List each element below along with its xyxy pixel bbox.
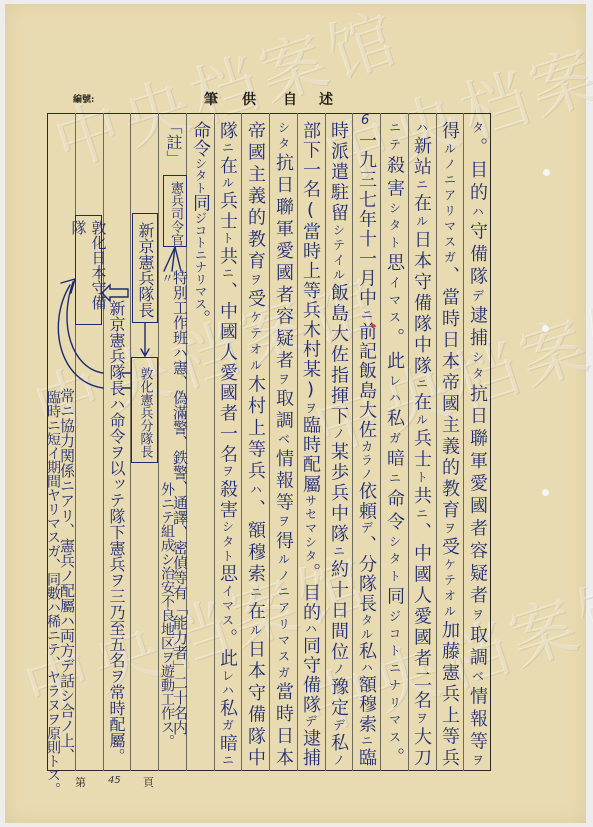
kana-glyph: ハ [107, 396, 126, 412]
kana-glyph: タ [387, 552, 401, 569]
kana-glyph: コ [387, 627, 401, 644]
kana-glyph: ジ [387, 610, 401, 627]
kana-glyph: ト [414, 471, 428, 486]
kana-glyph: イ [220, 585, 234, 600]
kana-glyph: ヲ [442, 522, 456, 538]
kana-glyph: リ [442, 204, 456, 220]
grid-column-divider [297, 113, 298, 771]
kana-glyph: ラ [359, 454, 373, 468]
kana-glyph: ノ [331, 754, 345, 766]
kana-glyph: ベ [470, 670, 484, 687]
kana-glyph: ニ [220, 754, 234, 766]
box-military-police-commander: 憲兵司令官 [163, 175, 187, 247]
kana-glyph: ッ [107, 476, 126, 492]
kana-glyph: ヲ [248, 273, 262, 289]
kana-glyph: ニ [359, 734, 373, 748]
grid-column-divider [103, 113, 104, 771]
kana-glyph: ノ [359, 468, 373, 482]
kana-glyph: リ [45, 502, 61, 516]
kana-glyph: シ [159, 552, 175, 566]
kana-glyph: デ [359, 521, 373, 535]
kana-glyph: ノ [331, 427, 345, 442]
kana-glyph: ト [387, 644, 401, 661]
kana-glyph: マ [276, 634, 290, 650]
kana-glyph: ヲ [414, 712, 428, 727]
kana-glyph: テ [107, 492, 126, 508]
grid-column-divider [463, 113, 464, 771]
kana-glyph: ニ [414, 507, 428, 522]
text-column: 命令シタト同ジコトニナリマス。 [189, 121, 211, 328]
kana-glyph: イ [45, 446, 61, 460]
kana-glyph: ハ [220, 684, 234, 699]
kana-glyph: デ [470, 289, 484, 306]
kana-glyph: ス [193, 298, 207, 310]
kana-glyph: オ [442, 589, 456, 605]
kana-glyph: リ [276, 618, 290, 634]
kana-glyph: シ [470, 351, 484, 368]
kana-glyph: ト [45, 754, 61, 768]
kana-glyph: タ [193, 169, 207, 181]
text-column: シタ抗日聯軍愛國者容疑者ヲ取調ベ情報等ヲ得ルノニアリマスガ當時日本 [272, 121, 294, 766]
page-suffix: 頁 [143, 774, 154, 790]
text-column: 一九三七年十一月中ニ前記飯島大佐カラノ依頼デ、分隊長タル私ハ額穆索ニ臨 [355, 131, 377, 766]
kana-glyph: ノ [331, 663, 345, 678]
kana-glyph: カ [359, 440, 373, 454]
punch-hole [542, 325, 549, 332]
cooperation-note-continued: 臨時ニ短イ期間ヤリマスガ、同數ハ稀ニテ、ヤラヌヲ原則トス。 [46, 390, 59, 796]
kana-glyph: ニ [248, 586, 262, 602]
page-number: 45 [108, 775, 121, 786]
kana-glyph: マ [220, 599, 234, 614]
kana-glyph: ニ [193, 249, 207, 261]
kana-glyph: シ [331, 224, 345, 239]
kana-glyph: ト [193, 182, 207, 194]
kana-glyph: ガ [276, 666, 290, 682]
kana-glyph: ス [387, 731, 401, 748]
kana-glyph: タ [470, 121, 484, 138]
kana-glyph: ニ [414, 178, 428, 193]
kana-glyph: ル [414, 215, 428, 230]
kana-glyph: タ [470, 367, 484, 384]
kana-glyph: ト [387, 236, 401, 253]
kana-glyph: ハ [171, 345, 189, 360]
grid-column-divider [269, 113, 270, 771]
kana-glyph: レ [220, 669, 234, 684]
grid-column-divider [241, 113, 242, 771]
kana-glyph: ス [387, 311, 401, 328]
kana-glyph: ニ [220, 141, 234, 156]
kana-glyph: ニ [387, 121, 401, 138]
kana-glyph: ケ [442, 558, 456, 574]
kana-glyph: ス [276, 650, 290, 666]
kana-glyph: ス [45, 768, 61, 782]
kana-glyph: ヲ [276, 515, 290, 531]
kana-glyph: ヲ [470, 754, 484, 766]
grid-column-divider [408, 113, 409, 771]
red-pencil-mark [371, 324, 375, 328]
box-dunhua-mp-detachment-chief: 敦化憲兵分隊長 [131, 357, 158, 463]
kana-glyph: ニ [45, 628, 61, 642]
kana-glyph: ル [248, 624, 262, 640]
kana-glyph: シ [387, 535, 401, 552]
kana-glyph: ス [442, 235, 456, 251]
kana-glyph: マ [387, 713, 401, 730]
kana-glyph: ケ [248, 311, 262, 327]
kana-glyph: ニ [387, 662, 401, 679]
kana-glyph: ハ [359, 661, 373, 675]
kana-glyph: ア [276, 601, 290, 617]
kana-glyph: ヲ [107, 444, 126, 460]
kana-glyph: ル [220, 176, 234, 191]
kana-glyph: ナ [387, 679, 401, 696]
grid-column-divider [436, 113, 437, 771]
text-column: 部下一名(當時上等兵木村某)ヲ臨時配屬サセマシタ。目的ハ同守備隊デ逮捕 [299, 121, 321, 766]
kana-glyph: タ [303, 550, 317, 564]
box-xinjing-mp-chief: 新京憲兵隊長 [132, 213, 158, 323]
kana-glyph: コ [193, 224, 207, 236]
kana-glyph: ル [359, 628, 373, 642]
text-column: 隊ニ在ル兵士ト共ニ、中國人愛國者一名ヲ殺害シタト思イマス。此レハ私ガ暗ニ [216, 121, 238, 766]
kana-glyph: ヲ [470, 608, 484, 625]
kana-glyph: ナ [193, 261, 207, 273]
kana-glyph: シ [303, 536, 317, 550]
kana-glyph: テ [45, 642, 61, 656]
page-prefix: 第 [75, 774, 86, 790]
kana-glyph: ニ [359, 308, 373, 322]
kana-glyph: ハ [387, 391, 401, 408]
kana-glyph: ト [220, 232, 234, 247]
special-unit-note-continued: 外ニテ組成シ治安不良地区ヲ遊動工作ス。 [160, 482, 174, 748]
text-column: 得ルノニアリマスガ、當時日本帝國主義的教育ヲ受ケテオル加藤憲兵上等兵 [438, 121, 460, 766]
kana-glyph: ト [220, 550, 234, 565]
kana-glyph: デ [331, 719, 345, 734]
kana-glyph: ハ [303, 622, 317, 636]
document-number-label: 編號: [73, 92, 94, 105]
kana-glyph: タ [276, 137, 290, 153]
kana-glyph: ヤ [45, 488, 61, 502]
kana-glyph: レ [387, 374, 401, 391]
text-column: 時派遣駐留シテイル飯島大佐指揮下ノ某歩兵中隊ニ約十日間位ノ豫定デ私ノ [327, 121, 349, 766]
text-column: 帝國主義的教育ヲ受ケテオル木村上等兵ハ、額穆索ニ在ル日本守備隊中 [244, 121, 266, 766]
kana-glyph: リ [387, 696, 401, 713]
paragraph-number: 6 [361, 113, 369, 128]
title-char: 供 [242, 89, 256, 109]
box-dunhua-japanese-garrison: 敦化日本守備隊 [75, 215, 102, 325]
kana-glyph: ニ [331, 545, 345, 560]
kana-glyph: タ [220, 535, 234, 550]
kana-glyph: ヲ [303, 400, 317, 415]
note-label: 「註」 [163, 118, 183, 166]
grid-column-divider [325, 113, 326, 771]
kana-glyph: ニ [220, 267, 234, 282]
text-column: ハ新站ニ在ル日本守備隊中隊ニ在ル兵士ト共ニ、中國人愛國者二名ヲ大刀 [410, 121, 432, 766]
kana-glyph: ニ [387, 472, 401, 489]
kana-glyph: サ [303, 494, 317, 508]
assignment-note: 新京憲兵隊長ハ命令ヲ以ッテ隊下憲兵ヲ三乃至五名ヲ常時配屬。 [107, 300, 125, 764]
kana-glyph: ス [220, 614, 234, 629]
kana-glyph: テ [331, 239, 345, 254]
kana-glyph: ハ [45, 600, 61, 614]
kana-glyph: ラ [45, 684, 61, 698]
kana-glyph: ヲ [107, 668, 126, 684]
kana-glyph: ヌ [45, 698, 61, 712]
kana-glyph: ヲ [159, 650, 175, 664]
grid-column-divider [214, 113, 215, 771]
kana-glyph: シ [387, 202, 401, 219]
kana-glyph: ト [387, 570, 401, 587]
kana-glyph: デ [303, 715, 317, 729]
punch-hole [542, 489, 549, 496]
kana-glyph: ル [414, 413, 428, 428]
kana-glyph: テ [387, 138, 401, 155]
title-char: 筆 [204, 89, 218, 109]
text-column: タ。目的ハ守備隊デ逮捕シタ抗日聯軍愛國者容疑者ヲ取調ベ情報等ヲ [466, 121, 488, 766]
punch-hole [543, 169, 550, 176]
kana-glyph: ガ [387, 432, 401, 449]
kana-glyph: シ [193, 157, 207, 169]
kana-glyph: ル [331, 268, 345, 283]
cooperation-note: 常ニ協力関係ニアリ、憲兵ノ配屬ハ両方デ話シ合ノ上、 [59, 388, 75, 763]
kana-glyph: ヲ [276, 373, 290, 389]
kana-glyph: ニ [276, 585, 290, 601]
kana-glyph: オ [248, 343, 262, 359]
kana-glyph: ヲ [107, 572, 126, 588]
kana-glyph: ノ [276, 569, 290, 585]
kana-glyph: マ [303, 522, 317, 536]
kana-glyph: イ [387, 276, 401, 293]
kana-glyph: ベ [276, 433, 290, 449]
kana-glyph: ガ [220, 719, 234, 734]
kana-glyph: ハ [470, 205, 484, 222]
kana-glyph: マ [193, 285, 207, 297]
kana-glyph: ル [442, 605, 456, 621]
kana-glyph: タ [387, 219, 401, 236]
kana-glyph: ニ [442, 173, 456, 189]
title-char: 自 [283, 89, 297, 109]
kana-glyph: ノ [442, 158, 456, 174]
kana-glyph: ニ [159, 496, 175, 510]
kana-glyph: ヲ [45, 712, 61, 726]
kana-glyph: マ [387, 294, 401, 311]
kana-glyph: タ [359, 614, 373, 628]
kana-glyph: イ [331, 254, 345, 269]
kana-glyph: セ [303, 508, 317, 522]
kana-glyph: ガ [45, 544, 61, 558]
kana-glyph: ト [193, 236, 207, 248]
kana-glyph: ス [45, 530, 61, 544]
kana-glyph: マ [45, 516, 61, 530]
kana-glyph: リ [193, 273, 207, 285]
kana-glyph: ル [276, 553, 290, 569]
kana-glyph: ア [442, 189, 456, 205]
kana-glyph: テ [159, 510, 175, 524]
kana-glyph: ハ [248, 483, 262, 499]
kana-glyph: テ [442, 574, 456, 590]
title-char: 述 [319, 89, 333, 109]
kana-glyph: ル [442, 142, 456, 158]
kana-glyph: ニ [414, 377, 428, 392]
text-column: ニテ殺害シタト思イマス。此レハ私ガ暗ニ命令シタト同ジコトニナリマス。 [383, 121, 405, 766]
grid-column-divider [352, 113, 353, 771]
kana-glyph: マ [442, 220, 456, 236]
kana-glyph: ヤ [45, 670, 61, 684]
grid-column-divider [380, 113, 381, 771]
kana-glyph: ガ [442, 251, 456, 267]
kana-glyph: ル [248, 359, 262, 375]
kana-glyph: テ [248, 327, 262, 343]
kana-glyph: ニ [45, 418, 61, 432]
kana-glyph: シ [276, 121, 290, 137]
kana-glyph: ジ [193, 212, 207, 224]
kana-glyph: ス [159, 720, 175, 734]
kana-glyph: シ [220, 520, 234, 535]
kana-glyph: ヲ [220, 465, 234, 480]
kana-glyph: ハ [414, 121, 428, 136]
